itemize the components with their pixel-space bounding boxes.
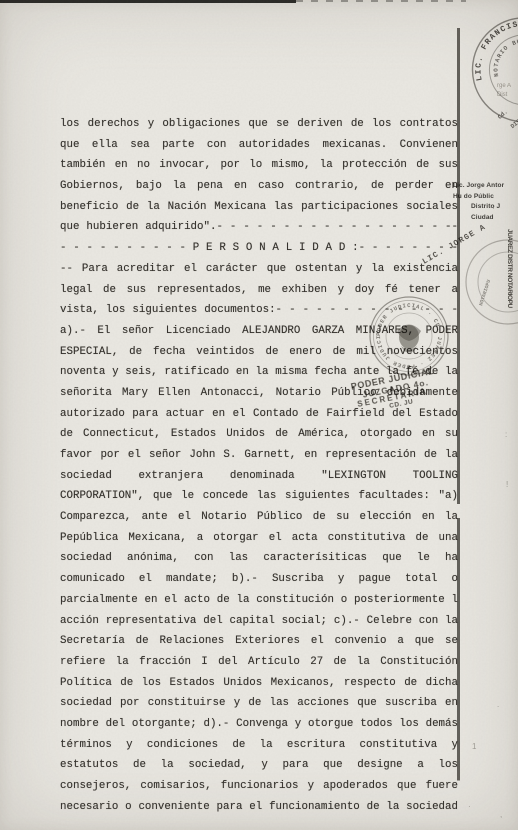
- document-line: sociedad por constituirse y de las accio…: [60, 693, 458, 714]
- document-line: Secretaría de Relaciones Exteriores el c…: [60, 631, 458, 652]
- document-line: necesario o conveniente para el funciona…: [60, 797, 458, 818]
- document-line: Política de los Estados Unidos Mexicanos…: [60, 673, 458, 694]
- document-line: que ella sea parte con autoridades mexic…: [60, 135, 458, 156]
- notary-name-label: Lic. Jorge Antor Hu do Públic Distrito J…: [453, 181, 515, 223]
- scan-speck: ·: [468, 802, 471, 811]
- document-line: Pepública Mexicana, a otorgar el acta co…: [60, 528, 458, 549]
- document-line: comunicado el mandate; b).- Suscriba y p…: [60, 569, 458, 590]
- scanned-notarial-document-page: los derechos y obligaciones que se deriv…: [0, 0, 518, 830]
- typewritten-text-block: los derechos y obligaciones que se deriv…: [60, 114, 458, 817]
- scan-speck: ·: [492, 204, 495, 213]
- label-line: Ciudad: [453, 213, 515, 224]
- label-line: Hu do Públic: [453, 192, 515, 203]
- document-line: parcialmente en el acto de la constituci…: [60, 590, 458, 611]
- scan-speck: 1: [472, 742, 476, 751]
- scan-speck: :: [505, 430, 507, 439]
- document-line: que hubieren adquirido".- - - - - - - - …: [60, 217, 458, 238]
- document-line: beneficio de la Nación Mexicana las part…: [60, 197, 458, 218]
- scan-speck: .: [497, 700, 499, 709]
- stamp-arc-fragment: LIC. JORGE A: [421, 224, 488, 267]
- bleed-line: rge A: [497, 82, 517, 91]
- document-line: favor por el señor John S. Garnett, en r…: [60, 445, 458, 466]
- scan-top-edge-dashes: [296, 0, 466, 2]
- label-line: Distrito J: [453, 202, 515, 213]
- document-line: los derechos y obligaciones que se deriv…: [60, 114, 458, 135]
- scan-top-edge-artifact: [0, 0, 296, 3]
- document-line: términos y condiciones de la escritura c…: [60, 735, 458, 756]
- bleed-through-text-fragment: rge A Dist: [497, 82, 517, 100]
- document-line: consejeros, comisarios, funcionarios y a…: [60, 776, 458, 797]
- document-line: sociedad extranjera denominada "LEXINGTO…: [60, 466, 458, 487]
- document-line: acción representativa del capital social…: [60, 611, 458, 632]
- document-line: refiere la fracción I del Artículo 27 de…: [60, 652, 458, 673]
- scan-speck: ,: [500, 810, 502, 819]
- document-line: CORPORATION", que le concede las siguien…: [60, 486, 458, 507]
- document-line: de Connecticut, Estados Unidos de Améric…: [60, 424, 458, 445]
- document-line: sociedad anónima, con las caracterísitic…: [60, 548, 458, 569]
- bleed-line: Dist: [497, 91, 517, 100]
- document-line: -- Para acreditar el carácter que ostent…: [60, 259, 458, 280]
- stamp-bottom-text: DIST: [509, 115, 518, 130]
- section-heading-personalidad: - - - - - - - - - - P E R S O N A L I D …: [60, 238, 458, 259]
- document-line: Comparezca, ante el Notario Público de s…: [60, 507, 458, 528]
- vertical-stamp-text-strip: JUAREZ DISTR NOTARIOPU: [493, 229, 513, 335]
- scan-speck: !: [506, 480, 508, 489]
- document-line: estatutos de la sociedad, y para que des…: [60, 755, 458, 776]
- label-line: Lic. Jorge Antor: [453, 181, 515, 192]
- document-line: también en no invocar, por lo mismo, la …: [60, 155, 458, 176]
- document-line: Gobiernos, bajo la pena en caso contrari…: [60, 176, 458, 197]
- document-line: nombre del otorgante; d).- Convenga y ot…: [60, 714, 458, 735]
